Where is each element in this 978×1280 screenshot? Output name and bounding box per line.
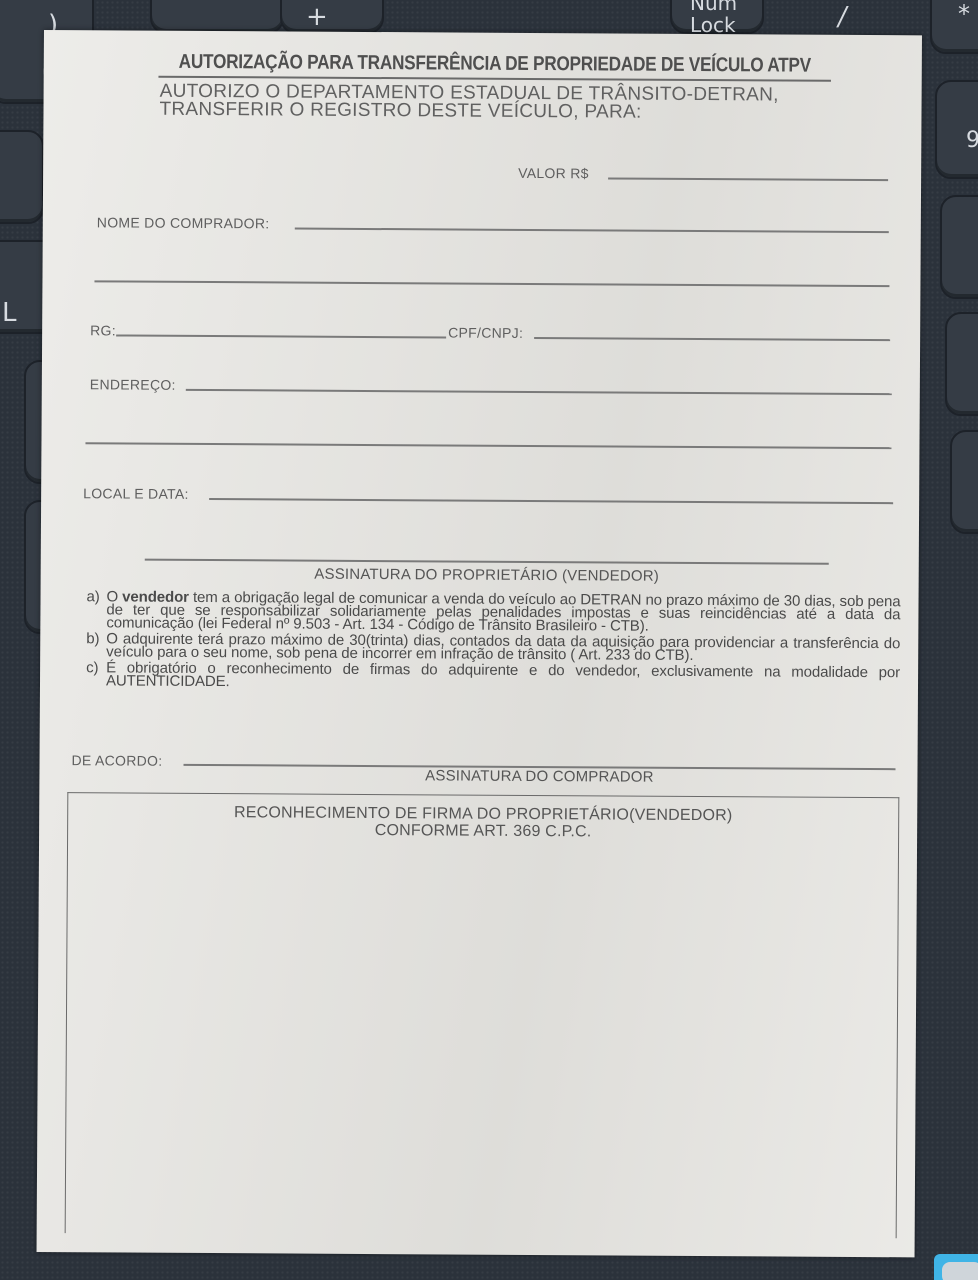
endereco-field[interactable] [186,389,892,395]
keyboard-key [0,130,44,224]
keyboard-key [940,195,978,299]
seller-signature-line[interactable] [145,559,829,565]
rg-field[interactable] [116,334,446,338]
note-b-marker: b) [86,632,99,645]
nome-comprador-label: NOME DO COMPRADOR: [97,214,270,231]
notary-box-title: RECONHECIMENTO DE FIRMA DO PROPRIETÁRIO(… [68,803,898,842]
nome-comprador-field-line-2[interactable] [94,280,889,287]
atpv-form: AUTORIZAÇÃO PARA TRANSFERÊNCIA DE PROPRI… [37,30,922,1257]
nome-comprador-field[interactable] [295,228,889,234]
key-label-numlock: Num Lock [690,0,750,36]
key-label-l: L [2,298,17,328]
seller-signature-caption: ASSINATURA DO PROPRIETÁRIO (VENDEDOR) [145,565,829,586]
keyboard-key [945,312,978,416]
form-subtitle: AUTORIZO O DEPARTAMENTO ESTADUAL DE TRÂN… [159,83,778,123]
note-a-marker: a) [86,590,99,603]
notary-recognition-box: RECONHECIMENTO DE FIRMA DO PROPRIETÁRIO(… [65,792,900,1238]
endereco-field-line-2[interactable] [85,442,891,449]
cpf-cnpj-field[interactable] [534,337,890,341]
note-b: b)O adquirente terá prazo máximo de 30(t… [86,632,900,663]
legal-notes: a)O vendedor tem a obrigação legal de co… [86,590,901,695]
buyer-signature-caption: ASSINATURA DO COMPRADOR [339,767,739,786]
keyboard-key [950,430,978,534]
valor-field[interactable] [608,177,888,181]
local-data-label: LOCAL E DATA: [83,485,189,502]
keyboard-key [930,0,978,54]
key-label-plus: + [306,2,328,32]
valor-label: VALOR R$ [518,165,589,181]
de-acordo-label: DE ACORDO: [71,752,162,769]
endereco-label: ENDEREÇO: [90,376,176,393]
cpf-cnpj-label: CPF/CNPJ: [448,324,523,340]
keyboard-key [150,0,284,34]
local-data-field[interactable] [209,498,893,504]
key-label-nine: 9 [966,128,978,153]
keyboard-key [280,0,384,34]
key-label-asterisk: * [958,0,970,28]
rg-label: RG: [90,322,116,338]
note-a: a)O vendedor tem a obrigação legal de co… [86,590,900,634]
blue-sticker [934,1254,978,1280]
note-c: c)É obrigatório o reconhecimento de firm… [86,661,900,692]
form-title: AUTORIZAÇÃO PARA TRANSFERÊNCIA DE PROPRI… [158,51,831,82]
note-c-marker: c) [86,661,98,674]
